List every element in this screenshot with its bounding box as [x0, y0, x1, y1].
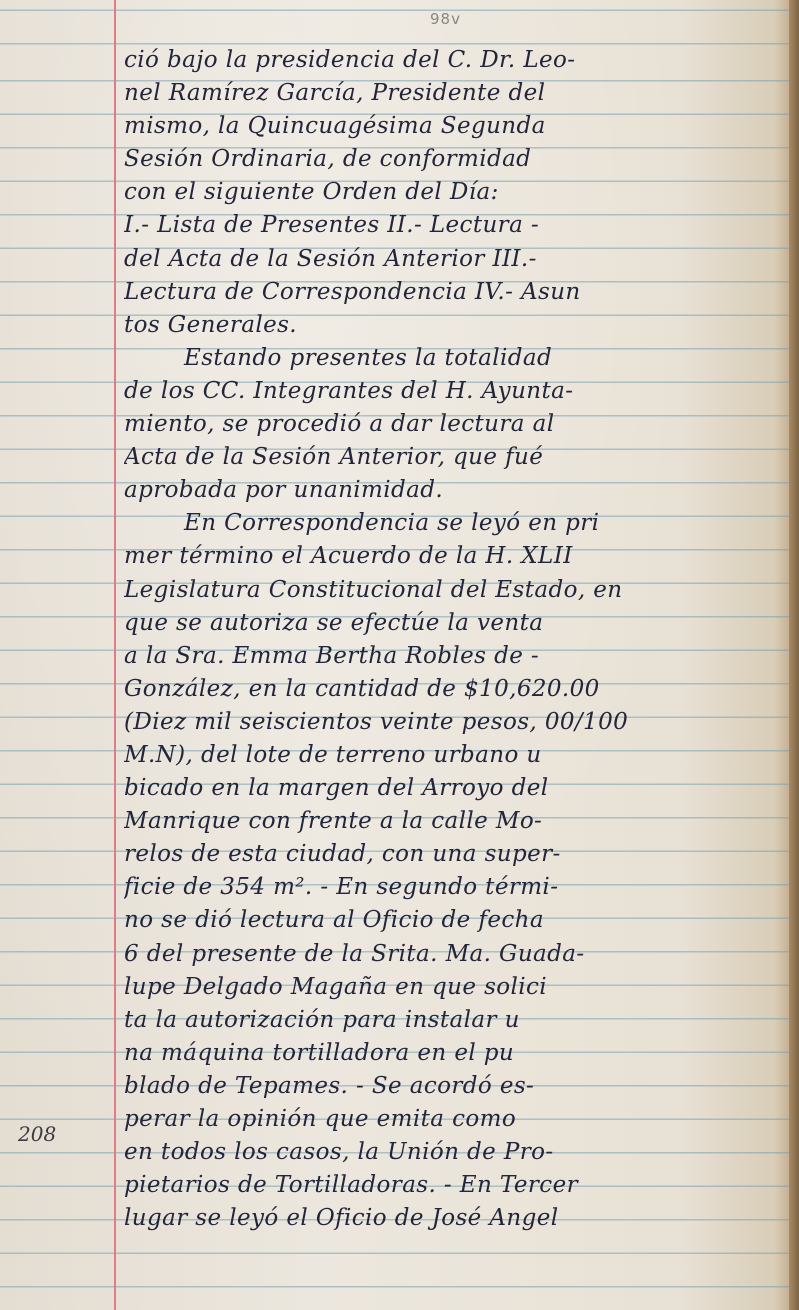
text-line: Lectura de Correspondencia IV.- Asun — [124, 276, 788, 309]
margin-page-number: 208 — [18, 1122, 56, 1146]
text-line: perar la opinión que emita como — [124, 1103, 788, 1136]
text-line: González, en la cantidad de $10,620.00 — [124, 673, 788, 706]
text-line: Legislatura Constitucional del Estado, e… — [124, 574, 788, 607]
text-line: 6 del presente de la Srita. Ma. Guada- — [124, 938, 788, 971]
text-line: aprobada por unanimidad. — [124, 474, 788, 507]
text-line: lugar se leyó el Oficio de José Angel — [124, 1202, 788, 1235]
text-line: con el siguiente Orden del Día: — [124, 176, 788, 209]
text-line: de los CC. Integrantes del H. Ayunta- — [124, 375, 788, 408]
ledger-page: 98v 208 ció bajo la presidencia del C. D… — [0, 0, 799, 1310]
text-line: ció bajo la presidencia del C. Dr. Leo- — [124, 44, 788, 77]
text-line: blado de Tepames. - Se acordó es- — [124, 1070, 788, 1103]
text-line: Manrique con frente a la calle Mo- — [124, 805, 788, 838]
handwritten-minutes: ció bajo la presidencia del C. Dr. Leo-n… — [124, 44, 788, 1235]
text-line: ta la autorización para instalar u — [124, 1004, 788, 1037]
text-line: en todos los casos, la Unión de Pro- — [124, 1136, 788, 1169]
text-line: mer término el Acuerdo de la H. XLII — [124, 540, 788, 573]
text-line: a la Sra. Emma Bertha Robles de - — [124, 640, 788, 673]
text-line: na máquina tortilladora en el pu — [124, 1037, 788, 1070]
text-line: relos de esta ciudad, con una super- — [124, 838, 788, 871]
text-line: (Diez mil seiscientos veinte pesos, 00/1… — [124, 706, 788, 739]
page-edge — [789, 0, 799, 1310]
text-line: no se dió lectura al Oficio de fecha — [124, 904, 788, 937]
text-line: miento, se procedió a dar lectura al — [124, 408, 788, 441]
text-line: tos Generales. — [124, 309, 788, 342]
text-line: En Correspondencia se leyó en pri — [124, 507, 788, 540]
text-line: mismo, la Quincuagésima Segunda — [124, 110, 788, 143]
text-line: nel Ramírez García, Presidente del — [124, 77, 788, 110]
text-line: Acta de la Sesión Anterior, que fué — [124, 441, 788, 474]
text-line: bicado en la margen del Arroyo del — [124, 772, 788, 805]
text-line: que se autoriza se efectúe la venta — [124, 607, 788, 640]
text-line: I.- Lista de Presentes II.- Lectura - — [124, 209, 788, 242]
text-line: lupe Delgado Magaña en que solici — [124, 971, 788, 1004]
text-line: pietarios de Tortilladoras. - En Tercer — [124, 1169, 788, 1202]
text-line: ficie de 354 m². - En segundo térmi- — [124, 871, 788, 904]
folio-number: 98v — [430, 10, 461, 28]
text-line: del Acta de la Sesión Anterior III.- — [124, 243, 788, 276]
text-line: Estando presentes la totalidad — [124, 342, 788, 375]
text-line: Sesión Ordinaria, de conformidad — [124, 143, 788, 176]
margin-rule — [114, 0, 116, 1310]
text-line: M.N), del lote de terreno urbano u — [124, 739, 788, 772]
